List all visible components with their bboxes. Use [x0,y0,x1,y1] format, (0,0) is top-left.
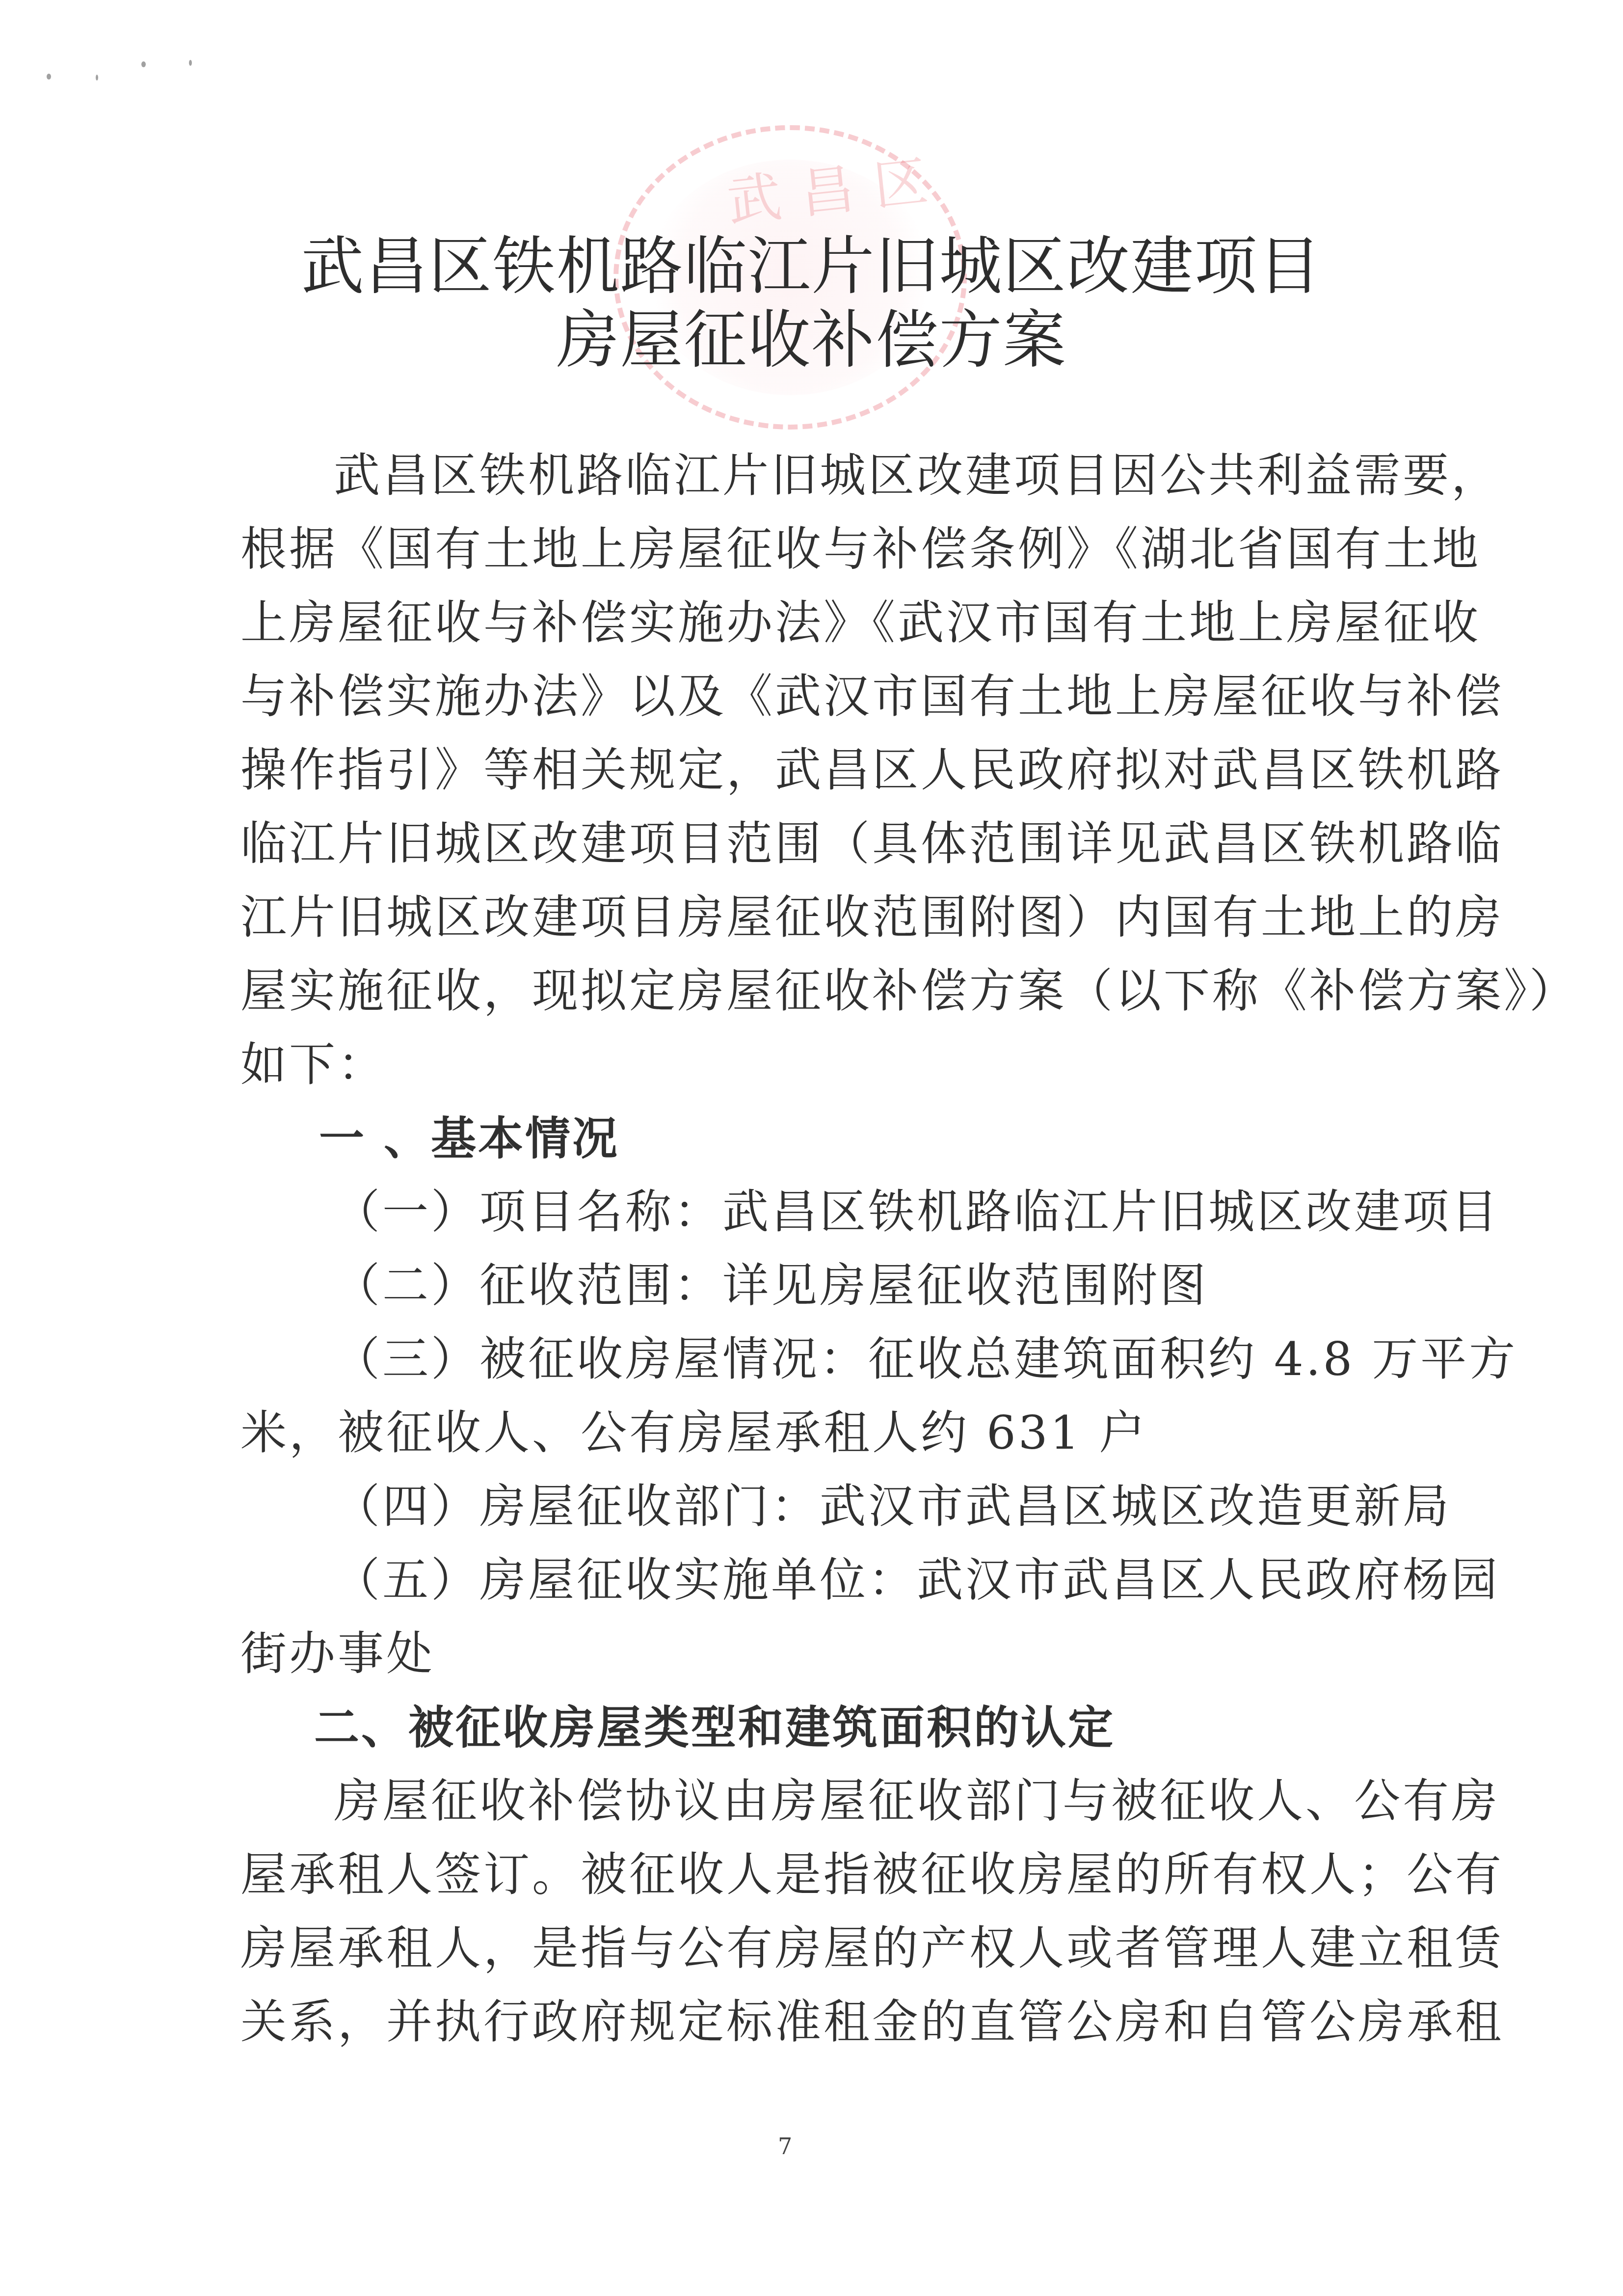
intro-line: 上房屋征收与补偿实施办法》《武汉市国有土地上房屋征收 [240,594,1384,653]
intro-line: 根据《国有土地上房屋征收与补偿条例》《湖北省国有土地 [240,520,1384,579]
document-title-line-2: 房屋征收补偿方案 [0,290,1623,380]
intro-line: 江片旧城区改建项目房屋征收范围附图）内国有土地上的房 [240,889,1384,947]
section2-line: 屋承租人签订。被征收人是指被征收房屋的所有权人；公有 [240,1846,1384,1905]
document-page: 武昌区 武昌区铁机路临江片旧城区改建项目 房屋征收补偿方案 武昌区铁机路临江片旧… [0,0,1623,2296]
basic-info-item: （二）征收范围：详见房屋征收范围附图 [334,1257,1384,1316]
basic-info-item: （三）被征收房屋情况：征收总建筑面积约 4.8 万平方 [334,1330,1384,1389]
intro-line: 临江片旧城区改建项目范围（具体范围详见武昌区铁机路临 [240,815,1384,874]
basic-info-item: 街办事处 [240,1625,1384,1684]
section-heading-basic-info: 一 、基本情况 [319,1109,1369,1168]
scan-speck [96,75,98,81]
intro-line: 与补偿实施办法》以及《武汉市国有土地上房屋征收与补偿 [240,668,1384,727]
scan-speck [141,61,146,67]
scan-speck [189,60,192,66]
page-number: 7 [778,2133,792,2160]
intro-line: 屋实施征收，现拟定房屋征收补偿方案（以下称《补偿方案》） [240,962,1384,1021]
section-heading-house-type: 二、被征收房屋类型和建筑面积的认定 [314,1699,1364,1757]
basic-info-item: 米，被征收人、公有房屋承租人约 631 户 [240,1404,1384,1463]
intro-line: 武昌区铁机路临江片旧城区改建项目因公共利益需要， [334,447,1384,506]
section2-line: 关系，并执行政府规定标准租金的直管公房和自管公房承租 [240,1993,1384,2052]
basic-info-item: （一）项目名称：武昌区铁机路临江片旧城区改建项目 [334,1183,1384,1242]
scan-speck [47,74,51,80]
section2-line: 房屋承租人，是指与公有房屋的产权人或者管理人建立租赁 [240,1919,1384,1978]
basic-info-item: （五）房屋征收实施单位：武汉市武昌区人民政府杨园 [334,1551,1384,1610]
basic-info-item: （四）房屋征收部门：武汉市武昌区城区改造更新局 [334,1478,1384,1537]
section2-line: 房屋征收补偿协议由房屋征收部门与被征收人、公有房 [334,1772,1384,1831]
intro-line: 操作指引》等相关规定，武昌区人民政府拟对武昌区铁机路 [240,741,1384,800]
intro-line: 如下： [240,1036,1384,1095]
